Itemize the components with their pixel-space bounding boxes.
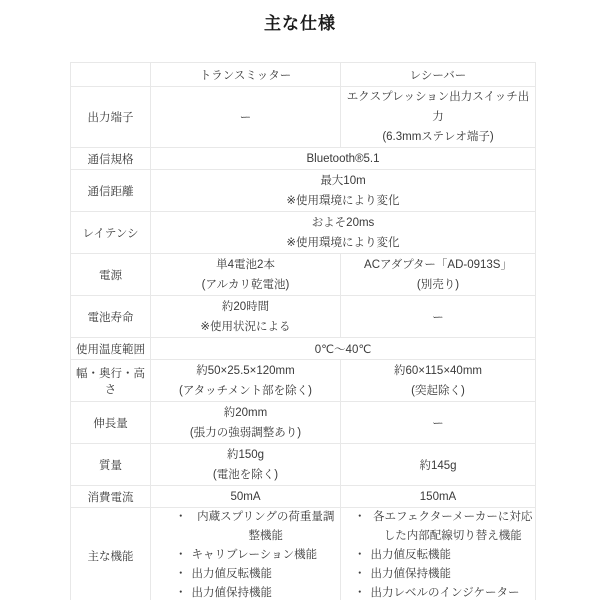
transmitter-value-line2: (アタッチメント部を除く)	[151, 381, 340, 401]
dimensions-transmitter-value: 約50×25.5×120mm (アタッチメント部を除く)	[151, 360, 341, 402]
spec-row-battery-life: 電池寿命 約20時間 ※使用状況による ー	[71, 296, 536, 338]
feature-item: ・出力値反転機能	[175, 565, 340, 584]
receiver-value-line1: エクスプレッション出力スイッチ出力	[341, 87, 535, 127]
bullet-glyph: ・	[175, 508, 187, 546]
weight-transmitter-value: 約150g (電池を除く)	[151, 444, 341, 486]
feature-text: 出力値反転機能	[192, 565, 273, 584]
receiver-value-line2: (6.3mmステレオ端子)	[341, 127, 535, 147]
spec-label-latency: レイテンシ	[71, 212, 151, 254]
spec-table: トランスミッター レシーバー 出力端子 ー エクスプレッション出力スイッチ出力 …	[70, 62, 536, 600]
bullet-glyph: ・	[354, 565, 366, 584]
header-receiver: レシーバー	[341, 63, 536, 87]
spec-row-protocol: 通信規格 Bluetooth®5.1	[71, 148, 536, 170]
receiver-features-list: ・各エフェクターメーカーに対応した内部配線切り替え機能 ・出力値反転機能 ・出力…	[341, 508, 535, 600]
feature-text: 内蔵スプリングの荷重量調整機能	[192, 508, 341, 546]
extension-transmitter-value: 約20mm (張力の強弱調整あり)	[151, 402, 341, 444]
spec-row-latency: レイテンシ およそ20ms ※使用環境により変化	[71, 212, 536, 254]
transmitter-value-line1: 約150g	[151, 445, 340, 465]
bullet-glyph: ・	[175, 584, 187, 600]
spec-label-weight: 質量	[71, 444, 151, 486]
bullet-glyph: ・	[354, 584, 366, 600]
spec-row-range: 通信距離 最大10m ※使用環境により変化	[71, 170, 536, 212]
receiver-value-line2: (突起除く)	[341, 381, 535, 401]
spec-header-row: トランスミッター レシーバー	[71, 63, 536, 87]
current-transmitter-value: 50mA	[151, 486, 341, 508]
power-transmitter-value: 単4電池2本 (アルカリ乾電池)	[151, 254, 341, 296]
header-transmitter: トランスミッター	[151, 63, 341, 87]
output-jack-receiver-value: エクスプレッション出力スイッチ出力 (6.3mmステレオ端子)	[341, 87, 536, 148]
spec-label-battery-life: 電池寿命	[71, 296, 151, 338]
feature-item: ・出力値保持機能	[354, 565, 535, 584]
transmitter-value-line2: (張力の強弱調整あり)	[151, 423, 340, 443]
transmitter-value-line2: (アルカリ乾電池)	[151, 275, 340, 295]
features-transmitter-list-cell: ・内蔵スプリングの荷重量調整機能 ・キャリブレーション機能 ・出力値反転機能 ・…	[151, 508, 341, 600]
spec-label-temp-range: 使用温度範囲	[71, 338, 151, 360]
feature-item: ・各エフェクターメーカーに対応した内部配線切り替え機能	[354, 508, 535, 546]
current-receiver-value: 150mA	[341, 486, 536, 508]
spec-label-output-jack: 出力端子	[71, 87, 151, 148]
feature-text: 各エフェクターメーカーに対応した内部配線切り替え機能	[371, 508, 536, 546]
spec-label-current: 消費電流	[71, 486, 151, 508]
dimensions-receiver-value: 約60×115×40mm (突起除く)	[341, 360, 536, 402]
spec-label-power: 電源	[71, 254, 151, 296]
merged-value-line1: 最大10m	[151, 171, 535, 191]
feature-item: ・キャリブレーション機能	[175, 546, 340, 565]
spec-row-temp-range: 使用温度範囲 0℃～40℃	[71, 338, 536, 360]
bullet-glyph: ・	[175, 546, 187, 565]
spec-label-protocol: 通信規格	[71, 148, 151, 170]
feature-text: 出力レベルのインジケーター	[371, 584, 520, 600]
transmitter-features-list: ・内蔵スプリングの荷重量調整機能 ・キャリブレーション機能 ・出力値反転機能 ・…	[151, 508, 340, 600]
transmitter-value-line1: 約20mm	[151, 403, 340, 423]
merged-value-line2: ※使用環境により変化	[151, 191, 535, 211]
feature-text: 出力値反転機能	[371, 546, 452, 565]
temp-range-merged-value: 0℃～40℃	[151, 338, 536, 360]
merged-value-line1: およそ20ms	[151, 213, 535, 233]
spec-row-features: 主な機能 ・内蔵スプリングの荷重量調整機能 ・キャリブレーション機能 ・出力値反…	[71, 508, 536, 600]
feature-item: ・内蔵スプリングの荷重量調整機能	[175, 508, 340, 546]
feature-text: 出力値保持機能	[192, 584, 273, 600]
output-jack-transmitter-value: ー	[151, 87, 341, 148]
merged-value-line2: ※使用環境により変化	[151, 233, 535, 253]
transmitter-value-line2: (電池を除く)	[151, 465, 340, 485]
transmitter-value-line2: ※使用状況による	[151, 317, 340, 337]
spec-label-dimensions: 幅・奥行・高さ	[71, 360, 151, 402]
receiver-value-line1: ACアダプター「AD-0913S」	[341, 255, 535, 275]
battery-life-transmitter-value: 約20時間 ※使用状況による	[151, 296, 341, 338]
features-receiver-list-cell: ・各エフェクターメーカーに対応した内部配線切り替え機能 ・出力値反転機能 ・出力…	[341, 508, 536, 600]
receiver-value-line1: 約60×115×40mm	[341, 361, 535, 381]
header-empty-cell	[71, 63, 151, 87]
latency-merged-value: およそ20ms ※使用環境により変化	[151, 212, 536, 254]
spec-row-output-jack: 出力端子 ー エクスプレッション出力スイッチ出力 (6.3mmステレオ端子)	[71, 87, 536, 148]
battery-life-receiver-value: ー	[341, 296, 536, 338]
bullet-glyph: ・	[175, 565, 187, 584]
page-title: 主な仕様	[0, 0, 600, 35]
transmitter-value-line1: 約50×25.5×120mm	[151, 361, 340, 381]
spec-row-current: 消費電流 50mA 150mA	[71, 486, 536, 508]
feature-item: ・出力値保持機能	[175, 584, 340, 600]
weight-receiver-value: 約145g	[341, 444, 536, 486]
spec-row-weight: 質量 約150g (電池を除く) 約145g	[71, 444, 536, 486]
bullet-glyph: ・	[354, 508, 366, 546]
receiver-value-line2: (別売り)	[341, 275, 535, 295]
spec-label-extension: 伸長量	[71, 402, 151, 444]
spec-row-dimensions: 幅・奥行・高さ 約50×25.5×120mm (アタッチメント部を除く) 約60…	[71, 360, 536, 402]
transmitter-value-line1: 約20時間	[151, 297, 340, 317]
protocol-merged-value: Bluetooth®5.1	[151, 148, 536, 170]
transmitter-value-line1: 単4電池2本	[151, 255, 340, 275]
extension-receiver-value: ー	[341, 402, 536, 444]
feature-item: ・出力値反転機能	[354, 546, 535, 565]
spec-row-extension: 伸長量 約20mm (張力の強弱調整あり) ー	[71, 402, 536, 444]
spec-label-features: 主な機能	[71, 508, 151, 600]
range-merged-value: 最大10m ※使用環境により変化	[151, 170, 536, 212]
spec-page: 主な仕様 トランスミッター レシーバー 出力端子 ー エクスプレッション出力スイ…	[0, 0, 600, 600]
bullet-glyph: ・	[354, 546, 366, 565]
spec-label-range: 通信距離	[71, 170, 151, 212]
feature-text: キャリブレーション機能	[192, 546, 318, 565]
feature-item: ・出力レベルのインジケーター	[354, 584, 535, 600]
feature-text: 出力値保持機能	[371, 565, 452, 584]
spec-row-power: 電源 単4電池2本 (アルカリ乾電池) ACアダプター「AD-0913S」 (別…	[71, 254, 536, 296]
power-receiver-value: ACアダプター「AD-0913S」 (別売り)	[341, 254, 536, 296]
